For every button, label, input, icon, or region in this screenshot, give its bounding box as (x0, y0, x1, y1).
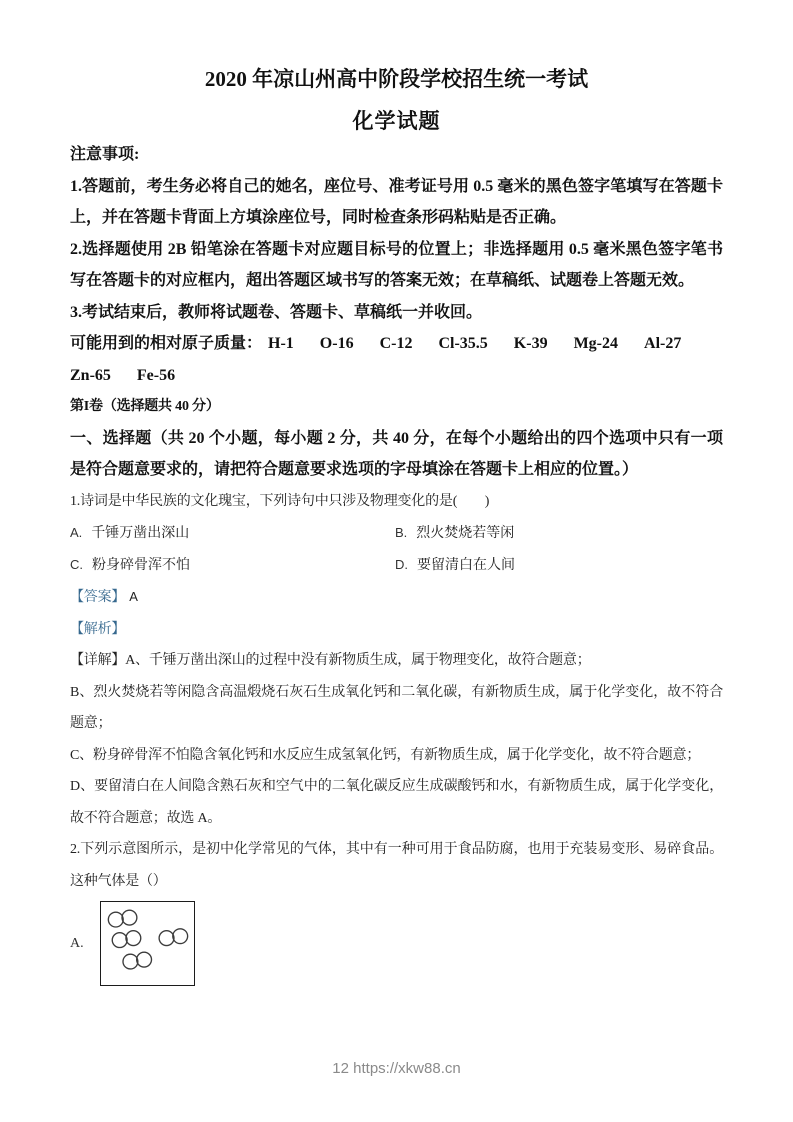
atomic-masses-line: 可能用到的相对原子质量：H-1O-16C-12Cl-35.5K-39Mg-24A… (70, 328, 723, 391)
atomic-mass-item: Mg-24 (574, 328, 618, 360)
option-a: A.千锤万凿出深山 (70, 517, 395, 549)
option-d: D.要留清白在人间 (395, 549, 723, 581)
option-b-label: B. (395, 525, 407, 540)
molecule-diagram-box (100, 901, 195, 986)
notice-item-1: 1.答题前，考生务必将自己的她名，座位号、准考证号用 0.5 毫米的黑色签字笔填… (70, 171, 723, 234)
atomic-mass-item: O-16 (320, 328, 354, 360)
answer-tag: 【答案】 (70, 590, 125, 605)
option-b: B.烈火焚烧若等闲 (395, 517, 723, 549)
detail-tag: 【详解】 (70, 653, 125, 668)
option-d-text: 要留清白在人间 (417, 558, 515, 573)
figure-option-a-label: A. (70, 936, 100, 952)
notice-item-2: 2.选择题使用 2B 铅笔涂在答题卡对应题目标号的位置上；非选择题用 0.5 毫… (70, 234, 723, 297)
atomic-mass-item: Cl-35.5 (438, 328, 487, 360)
page-footer: 12 https://xkw88.cn (0, 1060, 793, 1077)
question-1: 1.诗词是中华民族的文化瑰宝，下列诗句中只涉及物理变化的是( ) A.千锤万凿出… (70, 486, 723, 835)
question-2-stem: 2.下列示意图所示，是初中化学常见的气体，其中有一种可用于食品防腐，也用于充装易… (70, 834, 723, 897)
atomic-mass-item: H-1 (268, 328, 294, 360)
question-1-options: A.千锤万凿出深山 B.烈火焚烧若等闲 C.粉身碎骨浑不怕 D.要留清白在人间 (70, 517, 723, 581)
option-c-text: 粉身碎骨浑不怕 (92, 558, 190, 573)
detail-line-a: 【详解】A、千锤万凿出深山的过程中没有新物质生成，属于物理变化，故符合题意； (70, 645, 723, 677)
notices-section: 注意事项: 1.答题前，考生务必将自己的她名，座位号、准考证号用 0.5 毫米的… (70, 139, 723, 328)
atomic-mass-item: Al-27 (644, 328, 681, 360)
question-2-option-a-figure: A. (70, 901, 723, 986)
atomic-mass-item: Fe-56 (137, 360, 175, 392)
atomic-mass-item: K-39 (514, 328, 548, 360)
question-2: 2.下列示意图所示，是初中化学常见的气体，其中有一种可用于食品防腐，也用于充装易… (70, 834, 723, 986)
option-a-text: 千锤万凿出深山 (91, 526, 189, 541)
notice-item-3: 3.考试结束后，教师将试题卷、答题卡、草稿纸一并收回。 (70, 297, 723, 329)
detail-line-c: C、粉身碎骨浑不怕隐含氧化钙和水反应生成氢氧化钙，有新物质生成，属于化学变化，故… (70, 740, 723, 772)
atomic-mass-item: Zn-65 (70, 360, 111, 392)
option-b-text: 烈火焚烧若等闲 (416, 526, 514, 541)
question-1-stem: 1.诗词是中华民族的文化瑰宝，下列诗句中只涉及物理变化的是( ) (70, 486, 723, 518)
exam-document-page: 2020 年凉山州高中阶段学校招生统一考试 化学试题 注意事项: 1.答题前，考… (0, 0, 793, 1122)
molecule-diagram-svg (101, 902, 194, 985)
doc-title: 2020 年凉山州高中阶段学校招生统一考试 (70, 64, 723, 94)
answer-value: A (129, 589, 137, 604)
atomic-masses-label: 可能用到的相对原子质量： (70, 328, 262, 360)
answer-line: 【答案】A (70, 581, 723, 614)
option-a-label: A. (70, 525, 82, 540)
detail-text-a: A、千锤万凿出深山的过程中没有新物质生成，属于物理变化，故符合题意； (125, 653, 590, 668)
footer-link[interactable]: 12 https://xkw88.cn (332, 1060, 460, 1077)
section-1-title: 第I卷（选择题共 40 分） (70, 391, 723, 423)
analysis-tag: 【解析】 (70, 622, 125, 637)
detail-line-b: B、烈火焚烧若等闲隐含高温煅烧石灰石生成氧化钙和二氧化碳，有新物质生成，属于化学… (70, 677, 723, 740)
option-d-label: D. (395, 557, 408, 572)
doc-subtitle: 化学试题 (70, 106, 723, 136)
analysis-line: 【解析】 (70, 614, 723, 646)
notices-heading: 注意事项: (70, 139, 723, 171)
page-content: 2020 年凉山州高中阶段学校招生统一考试 化学试题 注意事项: 1.答题前，考… (0, 64, 793, 986)
option-c-label: C. (70, 557, 83, 572)
option-c: C.粉身碎骨浑不怕 (70, 549, 395, 581)
section-1-instructions: 一、选择题（共 20 个小题，每小题 2 分，共 40 分，在每个小题给出的四个… (70, 423, 723, 486)
atomic-mass-item: C-12 (380, 328, 413, 360)
detail-line-d: D、要留清白在人间隐含熟石灰和空气中的二氧化碳反应生成碳酸钙和水，有新物质生成，… (70, 771, 723, 834)
